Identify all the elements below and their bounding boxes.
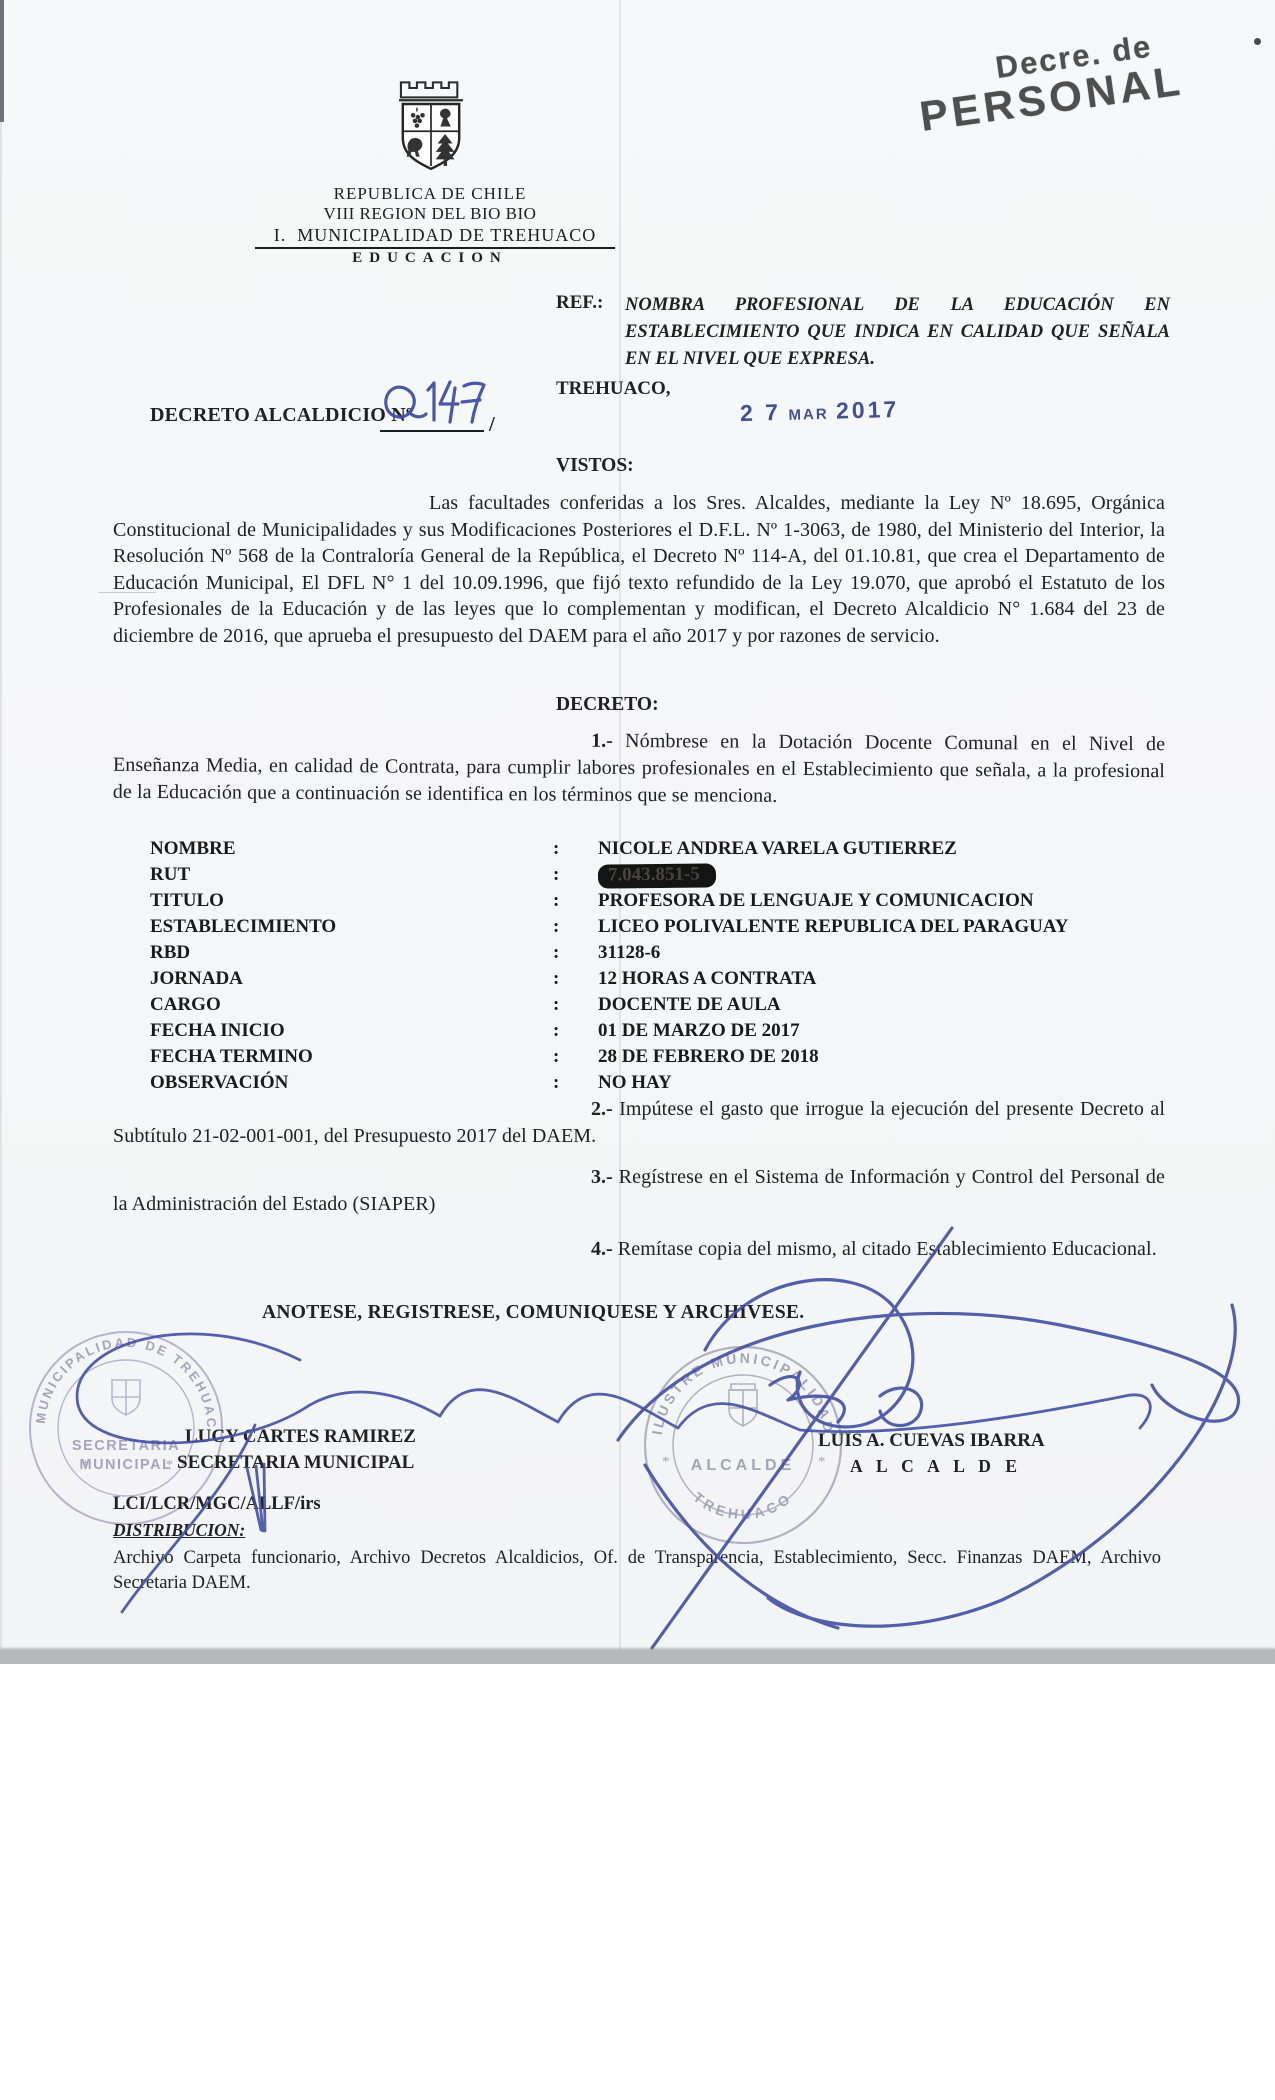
- field-colon: :: [553, 1020, 559, 1042]
- field-label: ESTABLECIMIENTO: [150, 916, 336, 938]
- field-label: CARGO: [150, 994, 221, 1016]
- scan-bottom-edge: [0, 1650, 1275, 1664]
- header-country: REPUBLICA DE CHILE: [300, 184, 560, 204]
- decree-item-1: 1.- Nómbrese en la Dotación Docente Comu…: [113, 725, 1165, 812]
- field-colon: :: [553, 942, 559, 964]
- field-row-establecimiento: ESTABLECIMIENTO : LICEO POLIVALENTE REPU…: [0, 916, 1275, 942]
- handwritten-decree-number: 0147: [376, 374, 496, 432]
- field-value: 01 DE MARZO DE 2017: [598, 1020, 800, 1042]
- ref-label: REF.:: [556, 292, 603, 314]
- date-stamp-day: 2 7: [740, 399, 782, 426]
- ref-text-block: NOMBRA PROFESIONAL DE LA EDUCACIÓN EN ES…: [625, 292, 1170, 373]
- field-row-nombre: NOMBRE : NICOLE ANDREA VARELA GUTIERREZ: [0, 838, 1275, 864]
- place-line: TREHUACO,: [556, 378, 671, 400]
- field-label: JORNADA: [150, 968, 243, 990]
- field-label: NOMBRE: [150, 838, 236, 860]
- field-label: RUT: [150, 864, 190, 886]
- decree-number-label: DECRETO ALCALDICIO Nº: [150, 404, 413, 427]
- vistos-heading: VISTOS:: [556, 455, 634, 477]
- header-region: VIII REGION DEL BIO BIO: [300, 204, 560, 224]
- decreto-heading: DECRETO:: [556, 694, 659, 716]
- field-value: 31128-6: [598, 942, 660, 964]
- field-value: PROFESORA DE LENGUAJE Y COMUNICACION: [598, 890, 1034, 912]
- ink-signatures-overlay: [0, 1200, 1275, 1660]
- date-stamp-year: 2017: [836, 396, 900, 424]
- field-colon: :: [553, 890, 559, 912]
- field-colon: :: [553, 968, 559, 990]
- field-value: LICEO POLIVALENTE REPUBLICA DEL PARAGUAY: [598, 916, 1069, 938]
- header-municipality: I. MUNICIPALIDAD DE TREHUACO: [255, 225, 615, 249]
- secretary-signature-ink: [77, 1334, 1150, 1612]
- vistos-paragraph: Las facultades conferidas a los Sres. Al…: [113, 490, 1165, 649]
- ref-line: EN EL NIVEL QUE EXPRESA.: [625, 346, 1170, 373]
- decree-item-2: 2.- Impútese el gasto que irrogue la eje…: [113, 1096, 1165, 1150]
- field-row-fecha-termino: FECHA TERMINO : 28 DE FEBRERO DE 2018: [0, 1046, 1275, 1072]
- scan-paper-area: Decre. de PERSONAL REPUBLICA DE CHILE VI…: [0, 0, 1275, 1652]
- field-row-observacion: OBSERVACIÓN : NO HAY: [0, 1072, 1275, 1098]
- date-received-stamp: 2 7 MAR 2017: [740, 396, 900, 427]
- field-value: NO HAY: [598, 1072, 672, 1094]
- header-department: EDUCACION: [300, 250, 560, 267]
- field-label: OBSERVACIÓN: [150, 1072, 288, 1094]
- ref-line: ESTABLECIMIENTO QUE INDICA EN CALIDAD QU…: [625, 319, 1170, 346]
- field-colon: :: [553, 838, 559, 860]
- decree-item-3-number: 3.-: [591, 1166, 613, 1188]
- field-row-titulo: TITULO : PROFESORA DE LENGUAJE Y COMUNIC…: [0, 890, 1275, 916]
- scan-left-edge-dark-artifact: [0, 0, 4, 122]
- decree-item-1-text: Nómbrese en la Dotación Docente Comunal …: [113, 730, 1165, 807]
- header-municipality-prefix: I.: [274, 225, 287, 245]
- field-label: TITULO: [150, 890, 224, 912]
- field-value: NICOLE ANDREA VARELA GUTIERREZ: [598, 838, 957, 860]
- field-row-fecha-inicio: FECHA INICIO : 01 DE MARZO DE 2017: [0, 1020, 1275, 1046]
- field-row-rbd: RBD : 31128-6: [0, 942, 1275, 968]
- date-stamp-month: MAR: [788, 406, 829, 424]
- field-colon: :: [553, 864, 559, 886]
- field-label: FECHA INICIO: [150, 1020, 285, 1042]
- field-colon: :: [553, 994, 559, 1016]
- decree-item-2-number: 2.-: [591, 1098, 613, 1120]
- field-row-rut: RUT : 7.043.851-5: [0, 864, 1275, 890]
- personal-decree-rubber-stamp: Decre. de PERSONAL: [868, 25, 1186, 143]
- field-value: 28 DE FEBRERO DE 2018: [598, 1046, 819, 1068]
- decree-number-underline: [380, 430, 484, 432]
- mayor-signature-ink: [618, 1228, 1239, 1648]
- rut-redaction-bar: 7.043.851-5: [598, 863, 716, 888]
- field-label: RBD: [150, 942, 190, 964]
- decree-item-1-number: 1.-: [591, 730, 613, 752]
- field-colon: :: [553, 1046, 559, 1068]
- field-value: 12 HORAS A CONTRATA: [598, 968, 816, 990]
- field-colon: :: [553, 916, 559, 938]
- field-row-jornada: JORNADA : 12 HORAS A CONTRATA: [0, 968, 1275, 994]
- scan-dot-artifact: [1254, 38, 1261, 45]
- scanned-decree-page: Decre. de PERSONAL REPUBLICA DE CHILE VI…: [0, 0, 1275, 2100]
- ref-line: NOMBRA PROFESIONAL DE LA EDUCACIÓN EN: [625, 292, 1170, 319]
- field-colon: :: [553, 1072, 559, 1094]
- coat-of-arms-crest: [384, 70, 478, 184]
- decree-number-slash: /: [489, 412, 495, 437]
- field-row-cargo: CARGO : DOCENTE DE AULA: [0, 994, 1275, 1020]
- field-label: FECHA TERMINO: [150, 1046, 313, 1068]
- field-value: DOCENTE DE AULA: [598, 994, 781, 1016]
- header-municipality-name: MUNICIPALIDAD DE TREHUACO: [297, 225, 596, 245]
- decree-item-2-text: Impútese el gasto que irrogue la ejecuci…: [113, 1098, 1165, 1147]
